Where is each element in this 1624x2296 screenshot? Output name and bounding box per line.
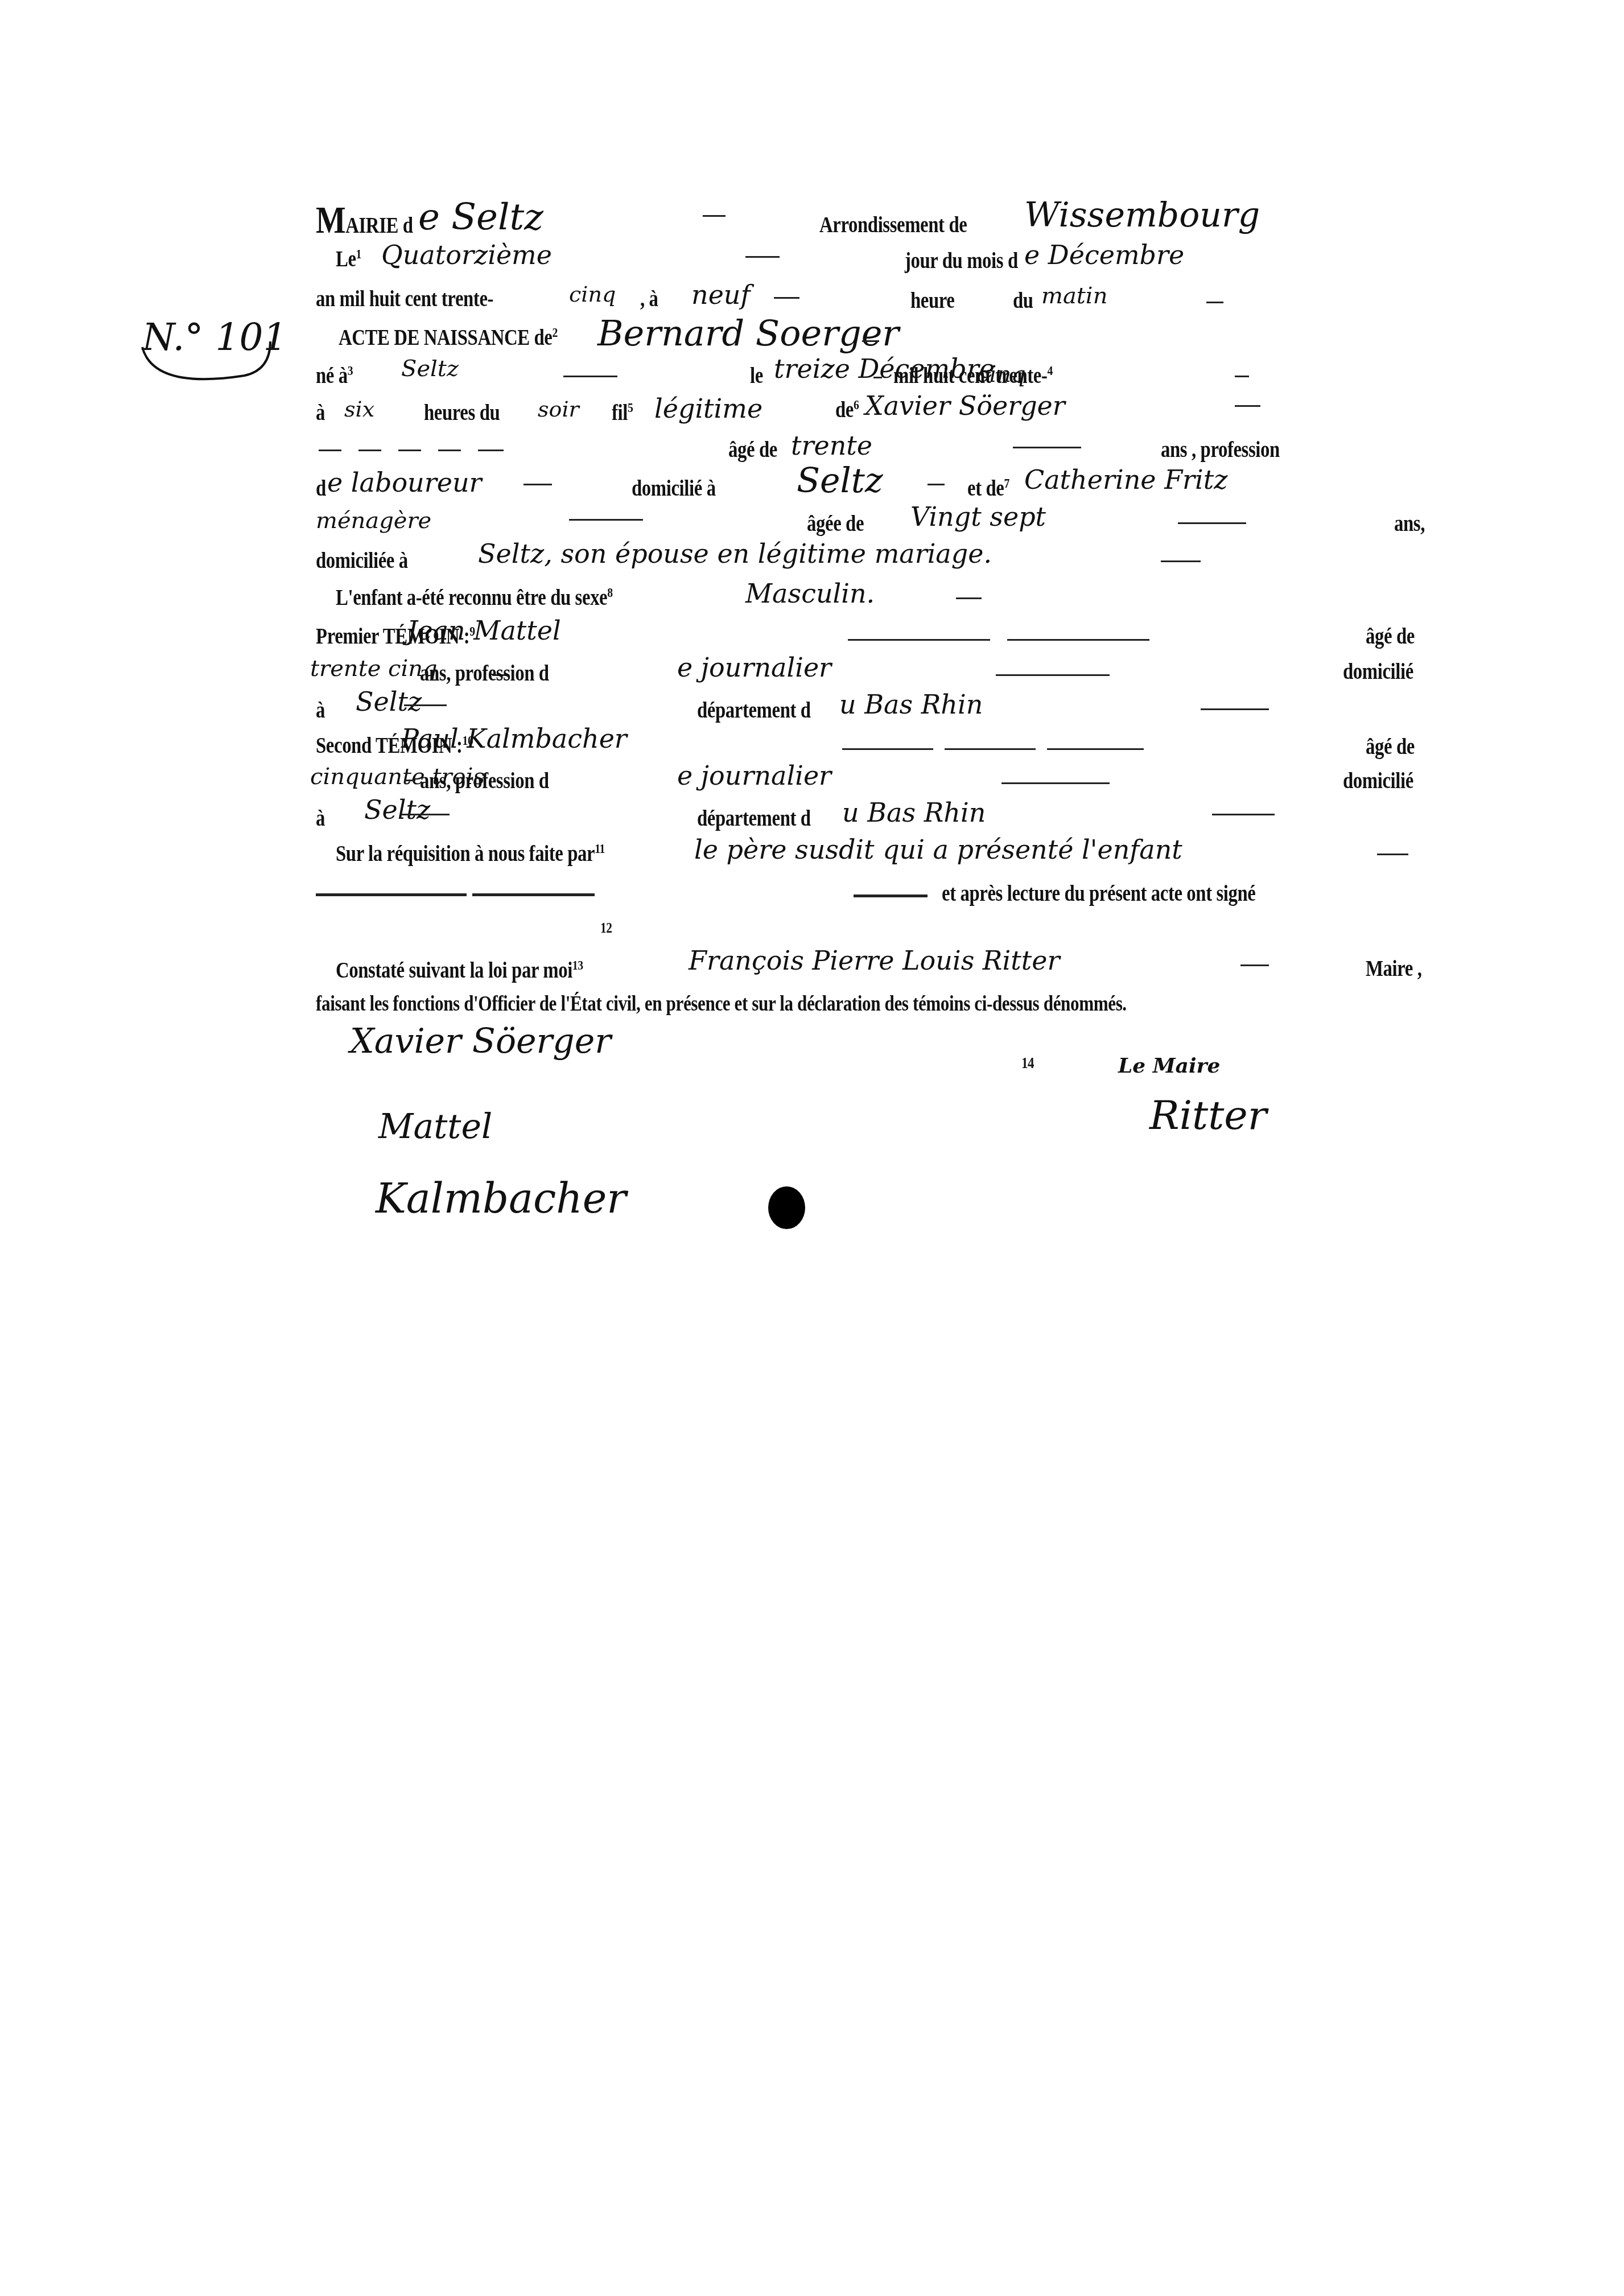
le-label: Le1	[336, 248, 361, 270]
fill-dash	[873, 377, 882, 378]
witness2-departement: u Bas Rhin	[842, 799, 986, 826]
fill-dash	[1240, 964, 1269, 966]
fill-dash	[569, 519, 643, 521]
ink-blot	[768, 1186, 805, 1229]
fill-dash	[1201, 708, 1269, 710]
requisition-label: Sur la réquisition à nous faite par11	[336, 842, 605, 865]
fill-dash	[1001, 782, 1110, 784]
fill-rule	[316, 893, 467, 896]
fil-label: fil5	[612, 401, 633, 424]
fill-dash	[478, 450, 504, 451]
age-label: âgé de	[728, 438, 777, 461]
d-label: d	[316, 477, 326, 500]
father-name: Xavier Söerger	[865, 393, 1065, 419]
fill-dash	[1047, 748, 1144, 750]
birth-hour: six	[344, 398, 374, 420]
signature-maire: Ritter	[1149, 1095, 1267, 1135]
mother-name: Catherine Fritz	[1024, 467, 1227, 493]
fill-dash	[745, 256, 780, 258]
footnote-14: 14	[1021, 1056, 1034, 1071]
witness1-age: trente cinq	[310, 657, 438, 680]
heure-label: heure	[910, 289, 955, 312]
witness1-departement-label: département d	[697, 699, 811, 722]
requisition-after-label: et après lecture du présent acte ont sig…	[942, 882, 1256, 905]
year-suffix: cinq	[569, 283, 616, 305]
et-de-label: et de7	[967, 477, 1009, 500]
footnote-12: 12	[600, 921, 612, 935]
mother-age: Vingt sept	[910, 504, 1046, 530]
fill-dash	[398, 450, 421, 451]
jour-label: jour du mois d	[905, 249, 1018, 272]
mother-domicile-note: Seltz, son épouse en légitime mariage.	[478, 541, 992, 567]
day-value: Quatorzième	[381, 242, 552, 268]
mairie-label: MAIRIE d	[316, 200, 413, 239]
fill-dash	[1235, 376, 1249, 377]
birth-time-of-day: soir	[538, 398, 579, 420]
father-age: trente	[791, 432, 872, 459]
witness2-name: Paul Kalmbacher	[401, 726, 627, 752]
arrondissement-label: Arrondissement de	[819, 213, 967, 236]
mil-label: mil huit cent trente-4	[893, 364, 1053, 387]
de6-label: de6	[835, 398, 859, 421]
requisition-value: le père susdit qui a présenté l'enfant	[694, 836, 1182, 863]
fill-rule	[472, 893, 595, 896]
witness2-domicile-label: domicilié	[1343, 769, 1413, 792]
fill-dash	[1206, 302, 1223, 303]
father-domicile: Seltz	[797, 464, 883, 498]
birth-place: Seltz	[401, 357, 459, 380]
witness1-profession-label-text: ans, profession d	[420, 662, 549, 685]
domicilie-label: domicilié à	[632, 477, 716, 500]
legitimacy: légitime	[654, 395, 762, 422]
heures-du-label: heures du	[424, 401, 500, 424]
fill-dash	[928, 484, 945, 485]
fill-dash	[1235, 405, 1260, 407]
month-value: e Décembre	[1024, 242, 1184, 268]
constate-line2: faisant les fonctions d'Officier de l'Ét…	[316, 993, 1127, 1015]
witness2-profession-label: ans, profession d	[420, 769, 549, 792]
fill-dash	[401, 814, 450, 815]
fill-dash	[438, 450, 461, 451]
witness1-a-label: à	[316, 699, 325, 722]
fill-dash	[1377, 854, 1408, 855]
a-label: , à	[640, 287, 658, 310]
agee-label: âgée de	[807, 512, 864, 535]
domiciliee-label: domiciliée à	[316, 549, 408, 572]
fill-dash	[358, 450, 381, 451]
fill-dash	[945, 748, 1036, 750]
ans-label: ans,	[1394, 512, 1425, 535]
signature-witness1: Mattel	[378, 1110, 492, 1144]
fill-dash	[848, 639, 990, 641]
fill-dash	[1161, 560, 1201, 562]
mairie-value: e Seltz	[418, 199, 543, 236]
officer-name: François Pierre Louis Ritter	[689, 947, 1060, 974]
fill-dash	[1212, 814, 1275, 815]
witness1-domicile: Seltz	[356, 689, 422, 715]
child-name: Bernard Soerger	[597, 316, 899, 351]
arrondissement-value: Wissembourg	[1024, 198, 1260, 232]
signature-witness2: Kalmbacher	[376, 1178, 626, 1219]
fill-dash	[1007, 639, 1149, 641]
birth-year-suffix: cinq	[976, 363, 1026, 386]
fill-dash	[319, 450, 341, 451]
fill-dash	[774, 297, 799, 299]
fill-dash	[956, 597, 982, 599]
ne-label: né à3	[316, 364, 353, 387]
fill-dash	[1178, 522, 1246, 524]
witness2-domicile: Seltz	[364, 797, 430, 823]
witness1-profession: e journalier	[677, 654, 831, 681]
sex-value: Masculin.	[745, 580, 875, 607]
acte-label: ACTE DE NAISSANCE de2	[339, 326, 558, 349]
maire-label: Maire ,	[1366, 957, 1422, 980]
a2-label: à	[316, 401, 325, 424]
time-of-day: matin	[1041, 285, 1107, 307]
witness1-name: Jean Mattel	[407, 617, 561, 644]
fill-dash	[524, 484, 552, 485]
le-maire-label: Le Maire	[1118, 1056, 1220, 1076]
fill-dash	[862, 340, 879, 342]
fill-dash	[842, 748, 933, 750]
mother-profession: ménagère	[316, 509, 431, 532]
fill-dash	[996, 674, 1110, 676]
father-profession: e laboureur	[327, 469, 482, 496]
sexe-label: L'enfant a-été reconnu être du sexe8	[336, 586, 613, 609]
margin-bracket-icon	[131, 307, 279, 393]
witness1-age-label: âgé de	[1366, 625, 1415, 648]
witness1-domicile-label: domicilié	[1343, 660, 1413, 683]
fill-dash	[404, 780, 415, 781]
year-label: an mil huit cent trente-	[316, 287, 493, 310]
le2-label: le	[750, 364, 763, 387]
witness2-departement-label: département d	[697, 807, 811, 830]
ans-profession-label: ans , profession	[1161, 438, 1280, 461]
fill-dash	[703, 215, 726, 217]
witness2-a-label: à	[316, 807, 325, 830]
hour-value: neuf	[691, 282, 751, 308]
du-label: du	[1013, 289, 1033, 312]
fill-dash	[563, 376, 617, 377]
witness2-profession: e journalier	[677, 762, 831, 789]
fill-dash	[404, 704, 447, 706]
witness2-age-label: âgé de	[1366, 735, 1415, 758]
fill-rule	[854, 895, 928, 897]
witness1-departement: u Bas Rhin	[839, 691, 983, 718]
signature-father: Xavier Söerger	[350, 1024, 611, 1058]
constate-label: Constaté suivant la loi par moi13	[336, 959, 583, 982]
fill-dash	[1013, 447, 1081, 448]
